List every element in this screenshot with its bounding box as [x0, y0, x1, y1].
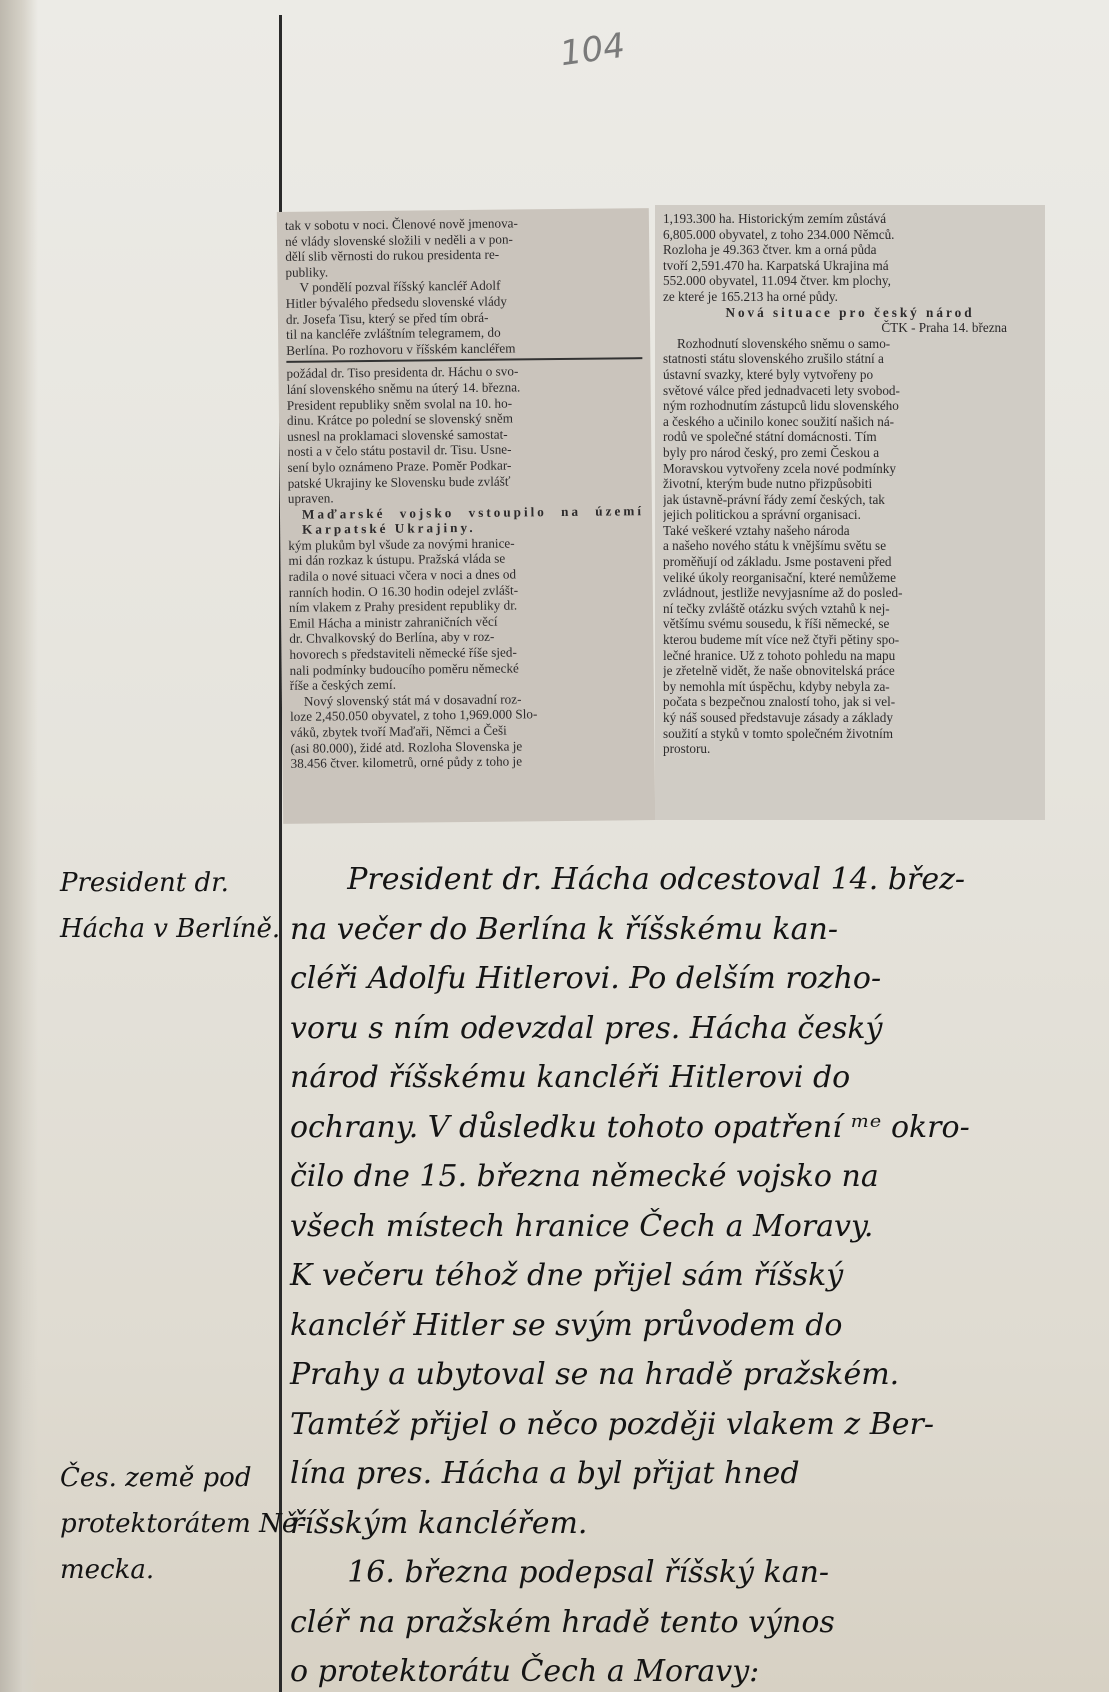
clip-line: by nemohla mít úspěchu, kdyby nebyla za-	[663, 679, 1037, 695]
margin-note-line: Hácha v Berlíně.	[60, 906, 280, 952]
clip-line: ní tečky zvláště otázku svých vztahů k n…	[663, 601, 1037, 617]
clip-line: většímu svému sousedu, k říši německé, s…	[663, 616, 1037, 632]
clip-line: Rozloha je 49.363 čtver. km a orná půda	[663, 242, 1037, 258]
handwritten-line: všech místech hranice Čech a Moravy.	[290, 1202, 1090, 1252]
newspaper-clipping-right: 1,193.300 ha. Historickým zemím zůstává …	[655, 205, 1045, 820]
handwritten-line: lína pres. Hácha a byl přijat hned	[290, 1449, 1090, 1499]
clip-line: 6,805.000 obyvatel, z toho 234.000 Němců…	[663, 227, 1037, 243]
handwritten-line: cléři Adolfu Hitlerovi. Po delším rozho-	[290, 954, 1090, 1004]
clip-line: jak ústavně-právní řády zemí českých, ta…	[663, 492, 1037, 508]
clip-line: soužití a styků v tomto společném životn…	[663, 726, 1037, 742]
clip-line: počata s bezpečnou znalostí toho, jak si…	[663, 694, 1037, 710]
clip-line: 552.000 obyvatel, 11.094 čtver. km ploch…	[663, 273, 1037, 289]
handwritten-line: národ říšskému kancléři Hitlerovi do	[290, 1053, 1090, 1103]
clip-line: světové válce před jednadvaceti lety svo…	[663, 383, 1037, 399]
handwritten-line: říšským kancléřem.	[290, 1499, 1090, 1549]
notebook-page: 104 tak v sobotu v noci. Členové nově jm…	[0, 0, 1109, 1692]
handwritten-line: President dr. Hácha odcestoval 14. břez-	[290, 855, 1090, 905]
clip-line: rodů ve společné státní domácnosti. Tím	[663, 429, 1037, 445]
clip-line: ústavní svazky, které byly vytvořeny po	[663, 367, 1037, 383]
margin-note-line: President dr.	[60, 860, 280, 906]
margin-note-hacha-berlin: President dr. Hácha v Berlíně.	[60, 860, 280, 952]
clip-line: veliké úkoly reorganisační, které nemůže…	[663, 570, 1037, 586]
clip-line: statnosti státu slovenského zrušilo stát…	[663, 351, 1037, 367]
handwritten-line: voru s ním odevzdal pres. Hácha český	[290, 1004, 1090, 1054]
handwritten-line: kancléř Hitler se svým průvodem do	[290, 1301, 1090, 1351]
clip-line: jejich politickou a správní organisaci.	[663, 507, 1037, 523]
clip-subheading: Maďarské vojsko vstoupilo na území Karpa…	[288, 503, 644, 538]
clip-heading: Nová situace pro český národ	[663, 305, 1037, 321]
clip-line: Berlína. Po rozhovoru v říšském kancléře…	[286, 339, 642, 358]
handwritten-line: čilo dne 15. března německé vojsko na	[290, 1152, 1090, 1202]
page-edge-shadow	[0, 0, 38, 1692]
clip-line: byly pro národ český, pro zemi Českou a	[663, 445, 1037, 461]
margin-note-line: Čes. země pod	[60, 1455, 306, 1501]
clip-line: Moravskou vytvořeny zcela nové podmínky	[663, 461, 1037, 477]
clip-line: kterou budeme mít více než čtyři pětiny …	[663, 632, 1037, 648]
margin-note-protectorate: Čes. země pod protektorátem Ně- mecka.	[60, 1455, 306, 1593]
handwritten-line: o protektorátu Čech a Moravy:	[290, 1647, 1090, 1692]
clip-line: je zřetelně vidět, že naše obnovitelská …	[663, 663, 1037, 679]
clip-line: prostoru.	[663, 741, 1037, 757]
newspaper-clipping-left: tak v sobotu v noci. Členové nově jmenov…	[277, 208, 655, 824]
page-number: 104	[558, 26, 628, 75]
handwritten-line: na večer do Berlína k říšskému kan-	[290, 905, 1090, 955]
clip-line: a našeho nového státu k vnějšímu světu s…	[663, 538, 1037, 554]
clip-line: zvládnout, jestliže nevyjasníme až do po…	[663, 585, 1037, 601]
clip-line: ze které je 165.213 ha orné půdy.	[663, 289, 1037, 305]
clip-line: proměňují od základu. Jsme postaveni pře…	[663, 554, 1037, 570]
clip-line: 38.456 čtver. kilometrů, orné půdy z toh…	[291, 752, 647, 771]
clip-line: životní, kterým bude nutno přizpůsobiti	[663, 476, 1037, 492]
handwritten-line: K večeru téhož dne přijel sám říšský	[290, 1251, 1090, 1301]
margin-note-line: mecka.	[60, 1547, 306, 1593]
clip-line: Rozhodnutí slovenského sněmu o samo-	[663, 336, 1037, 352]
handwritten-line: Tamtéž přijel o něco později vlakem z Be…	[290, 1400, 1090, 1450]
handwritten-line: ochrany. V důsledku tohoto opatření ᵐᵉ o…	[290, 1103, 1090, 1153]
handwritten-line: Prahy a ubytoval se na hradě pražském.	[290, 1350, 1090, 1400]
clip-line: tvoří 2,591.470 ha. Karpatská Ukrajina m…	[663, 258, 1037, 274]
handwritten-line: cléř na pražském hradě tento výnos	[290, 1598, 1090, 1648]
clip-line: ným rozhodnutím zástupců lidu slovenskéh…	[663, 398, 1037, 414]
margin-note-line: protektorátem Ně-	[60, 1501, 306, 1547]
clip-line: ký náš soused představuje zásady a zákla…	[663, 710, 1037, 726]
handwritten-entry: President dr. Hácha odcestoval 14. břez-…	[290, 855, 1090, 1692]
clip-line: lečné hranice. Už z tohoto pohledu na ma…	[663, 648, 1037, 664]
handwritten-line: 16. března podepsal říšský kan-	[290, 1548, 1090, 1598]
clip-dateline: ČTK - Praha 14. března	[663, 320, 1037, 336]
clip-line: a českého a učinilo konec soužití našich…	[663, 414, 1037, 430]
clip-line: 1,193.300 ha. Historickým zemím zůstává	[663, 211, 1037, 227]
clip-line: Také veškeré vztahy našeho národa	[663, 523, 1037, 539]
